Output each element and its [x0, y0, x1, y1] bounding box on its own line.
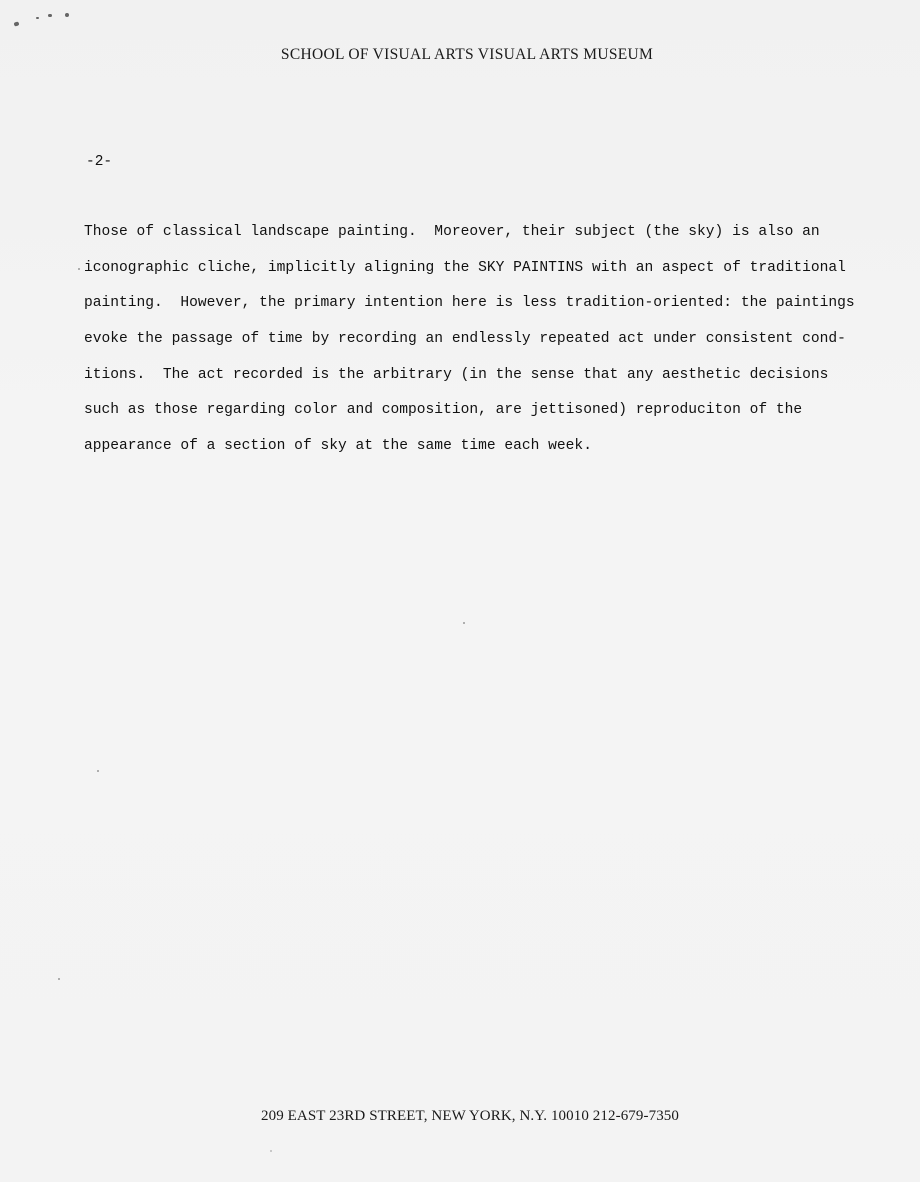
body-line: such as those regarding color and compos…	[84, 396, 884, 432]
body-line: appearance of a section of sky at the sa…	[84, 432, 884, 468]
scan-smudge	[36, 17, 39, 19]
scan-speck	[58, 978, 60, 980]
scan-smudge	[65, 13, 69, 17]
footer-address: 209 EAST 23RD STREET, NEW YORK, N.Y. 100…	[0, 1108, 920, 1125]
body-line: painting. However, the primary intention…	[84, 289, 884, 325]
page-number: -2-	[86, 154, 112, 170]
scan-speck	[97, 770, 99, 772]
body-line: itions. The act recorded is the arbitrar…	[84, 361, 884, 397]
letterhead: SCHOOL OF VISUAL ARTS VISUAL ARTS MUSEUM	[0, 46, 920, 64]
scan-speck	[463, 622, 465, 624]
scan-smudge	[13, 21, 19, 26]
scan-speck	[78, 268, 80, 270]
scan-smudge	[48, 14, 52, 17]
body-paragraph: Those of classical landscape painting. M…	[84, 218, 884, 468]
body-line: iconographic cliche, implicitly aligning…	[84, 254, 884, 290]
body-line: Those of classical landscape painting. M…	[84, 218, 884, 254]
document-page: SCHOOL OF VISUAL ARTS VISUAL ARTS MUSEUM…	[0, 0, 920, 1182]
scan-speck	[270, 1150, 272, 1152]
body-line: evoke the passage of time by recording a…	[84, 325, 884, 361]
